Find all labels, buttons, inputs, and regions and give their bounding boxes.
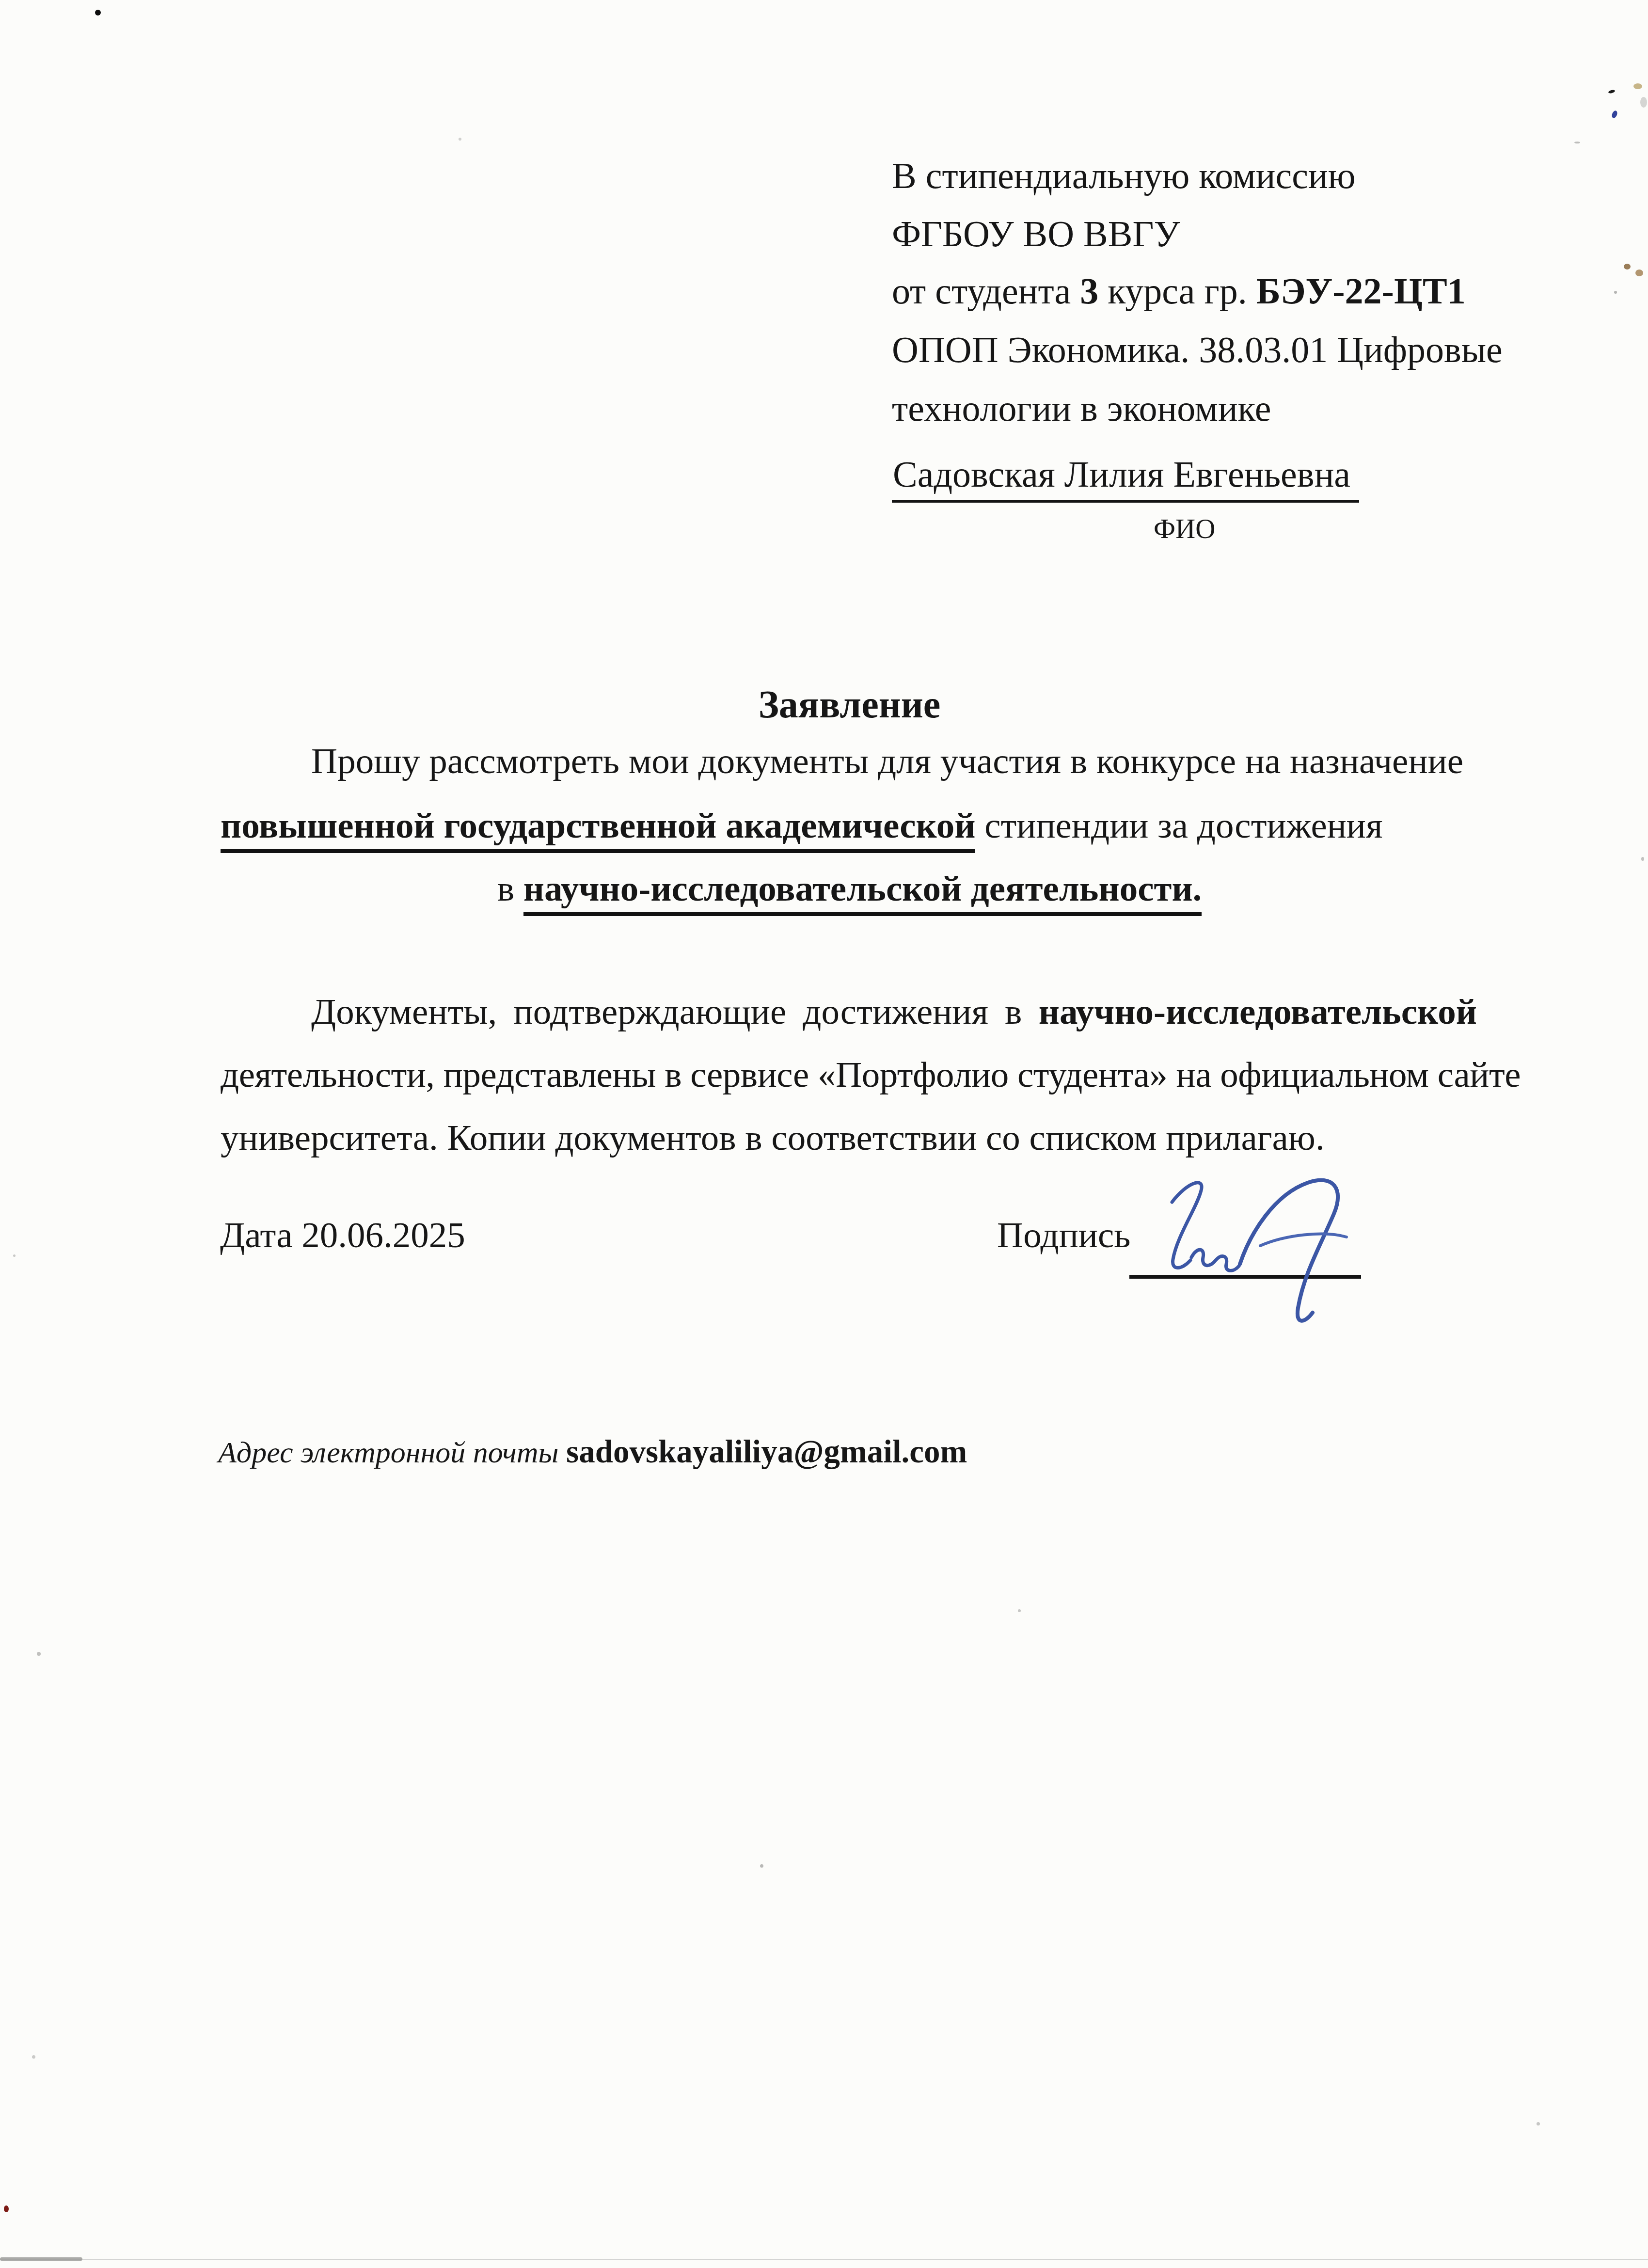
scan-artifact-faint-dash: [1574, 142, 1580, 143]
scan-artifact-dash: [1608, 89, 1615, 94]
scan-artifact-dot-8: [32, 2055, 35, 2059]
student-name: Садовская Лилия Евгеньевна: [892, 456, 1359, 493]
scan-artifact-brown-speck-2: [1635, 270, 1643, 276]
email-line: Адрес электронной почты sadovskayaliliya…: [218, 1436, 967, 1468]
scan-artifact-dot-4: [13, 1254, 16, 1257]
scan-artifact-dot-2: [1641, 857, 1644, 861]
recipient-line-commission: В стипендиальную комиссию: [892, 158, 1355, 194]
scan-artifact-brown-speck-1: [1624, 264, 1631, 270]
scan-artifact-gray-wisp: [1640, 97, 1647, 108]
recipient-line-student: от студента 3 курса гр. БЭУ-22-ЦТ1: [892, 273, 1466, 310]
document-title: Заявление: [221, 685, 1478, 724]
paragraph2-line1-bold: научно-исследовательской: [1039, 992, 1477, 1032]
recipient-line-university: ФГБОУ ВО ВВГУ: [892, 216, 1180, 253]
stipend-type-underlined: повышенной государственной академической: [221, 806, 975, 853]
email-value: sadovskayaliliya@gmail.com: [566, 1434, 967, 1470]
student-line-pre: от студента: [892, 271, 1080, 312]
student-course: 3: [1080, 271, 1098, 312]
scan-artifact-red-speck: [4, 2205, 9, 2212]
email-label: Адрес электронной почты: [218, 1436, 566, 1469]
fio-caption: ФИО: [1154, 515, 1215, 543]
scan-artifact-dot-5: [1018, 1609, 1021, 1612]
student-group: БЭУ-22-ЦТ1: [1256, 271, 1466, 312]
paragraph1-line2-rest: стипендии за достижения: [975, 806, 1382, 846]
paragraph2-line2: деятельности, представлены в сервисе «По…: [221, 1057, 1521, 1093]
scan-artifact-blue-speck: [1611, 110, 1618, 119]
paragraph1-line3-pre: в: [497, 869, 523, 909]
scan-artifact-dot-9: [1537, 2122, 1540, 2125]
date-line: Дата 20.06.2025: [220, 1217, 465, 1253]
paragraph2-line1-justified: Документы, подтверждающие достижения в н…: [311, 994, 1477, 1030]
signature-ink: [1115, 1169, 1386, 1344]
recipient-line-program-2: технологии в экономике: [892, 390, 1271, 427]
recipient-line-program-1: ОПОП Экономика. 38.03.01 Цифровые: [892, 332, 1503, 368]
activity-type-underlined: научно-исследовательской деятельности.: [523, 869, 1202, 916]
paragraph1-line1: Прошу рассмотреть мои документы для учас…: [311, 743, 1463, 779]
scan-artifact-black-dot: [95, 10, 101, 16]
student-line-mid: курса гр.: [1098, 271, 1256, 312]
paragraph1-line2: повышенной государственной академической…: [221, 808, 1382, 844]
scan-artifact-dot-6: [760, 1864, 763, 1868]
scan-artifact-tan-speck: [1633, 83, 1642, 89]
scanned-application-page: В стипендиальную комиссию ФГБОУ ВО ВВГУ …: [0, 0, 1648, 2268]
paragraph2-line3: университета. Копии документов в соответ…: [221, 1120, 1325, 1156]
paragraph2-line1-pre: Документы, подтверждающие достижения в: [311, 992, 1039, 1032]
paragraph2-line1: Документы, подтверждающие достижения в н…: [311, 994, 1477, 1030]
scan-artifact-dot-1: [1614, 291, 1617, 294]
scan-artifact-dot-7: [37, 1652, 41, 1656]
scan-artifact-dot-3: [459, 138, 461, 141]
signature-label: Подпись: [997, 1217, 1130, 1253]
paragraph1-line3: в научно-исследовательской деятельности.: [221, 871, 1478, 907]
scan-artifact-bottom-smudge: [0, 2257, 82, 2261]
scan-artifact-bottom-line: [0, 2259, 1648, 2260]
student-name-underlined: Садовская Лилия Евгеньевна: [892, 454, 1359, 503]
